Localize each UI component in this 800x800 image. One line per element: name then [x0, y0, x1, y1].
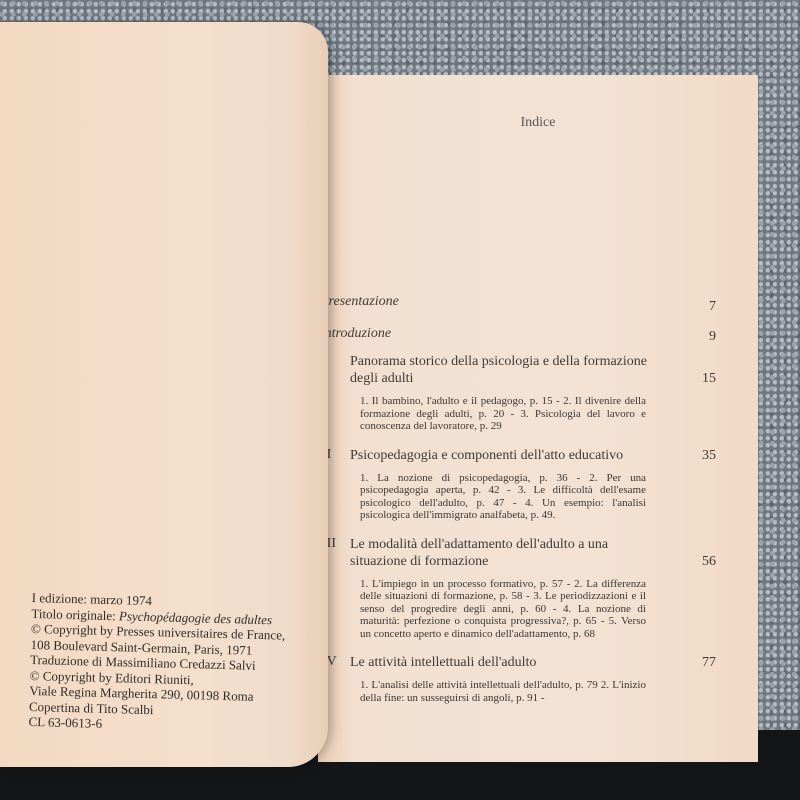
toc-entry-presentazione: Presentazione 7: [318, 293, 738, 315]
page-number: 15: [702, 371, 716, 387]
table-of-contents: Presentazione 7 Introduzione 9 I Panoram…: [318, 293, 738, 704]
chapter-subsections: 1. Il bambino, l'adulto e il pedagogo, p…: [360, 395, 646, 433]
page-number: 7: [709, 299, 716, 315]
chapter-title: Panorama storico della psicologia e dell…: [350, 353, 650, 387]
toc-entry-chapter-1: I Panorama storico della psicologia e de…: [318, 353, 738, 433]
chapter-subsections: 1. L'analisi delle attività intellettual…: [360, 679, 646, 704]
page-number: 77: [702, 655, 716, 671]
page-number: 9: [709, 329, 716, 345]
left-page: I edizione: marzo 1974 Titolo originale:…: [0, 22, 328, 767]
toc-entry-chapter-2: II Psicopedagogia e componenti dell'atto…: [318, 447, 738, 522]
chapter-subsections: 1. L'impiego in un processo formativo, p…: [360, 578, 646, 641]
index-heading: Indice: [318, 115, 758, 131]
chapter-title: Psicopedagogia e componenti dell'atto ed…: [350, 447, 680, 464]
chapter-title: Le modalità dell'adattamento dell'adulto…: [350, 536, 650, 570]
toc-entry-chapter-3: III Le modalità dell'adattamento dell'ad…: [318, 536, 738, 641]
chapter-title: Le attività intellettuali dell'adulto: [350, 654, 650, 671]
page-number: 56: [702, 554, 716, 570]
colophon: I edizione: marzo 1974 Titolo originale:…: [28, 590, 322, 737]
right-page: Indice Presentazione 7 Introduzione 9 I …: [318, 75, 758, 762]
page-number: 35: [702, 448, 716, 464]
toc-entry-chapter-4: IV Le attività intellettuali dell'adulto…: [318, 654, 738, 704]
toc-entry-introduzione: Introduzione 9: [318, 325, 738, 345]
chapter-subsections: 1. La nozione di psicopedagogia, p. 36 -…: [360, 472, 646, 522]
